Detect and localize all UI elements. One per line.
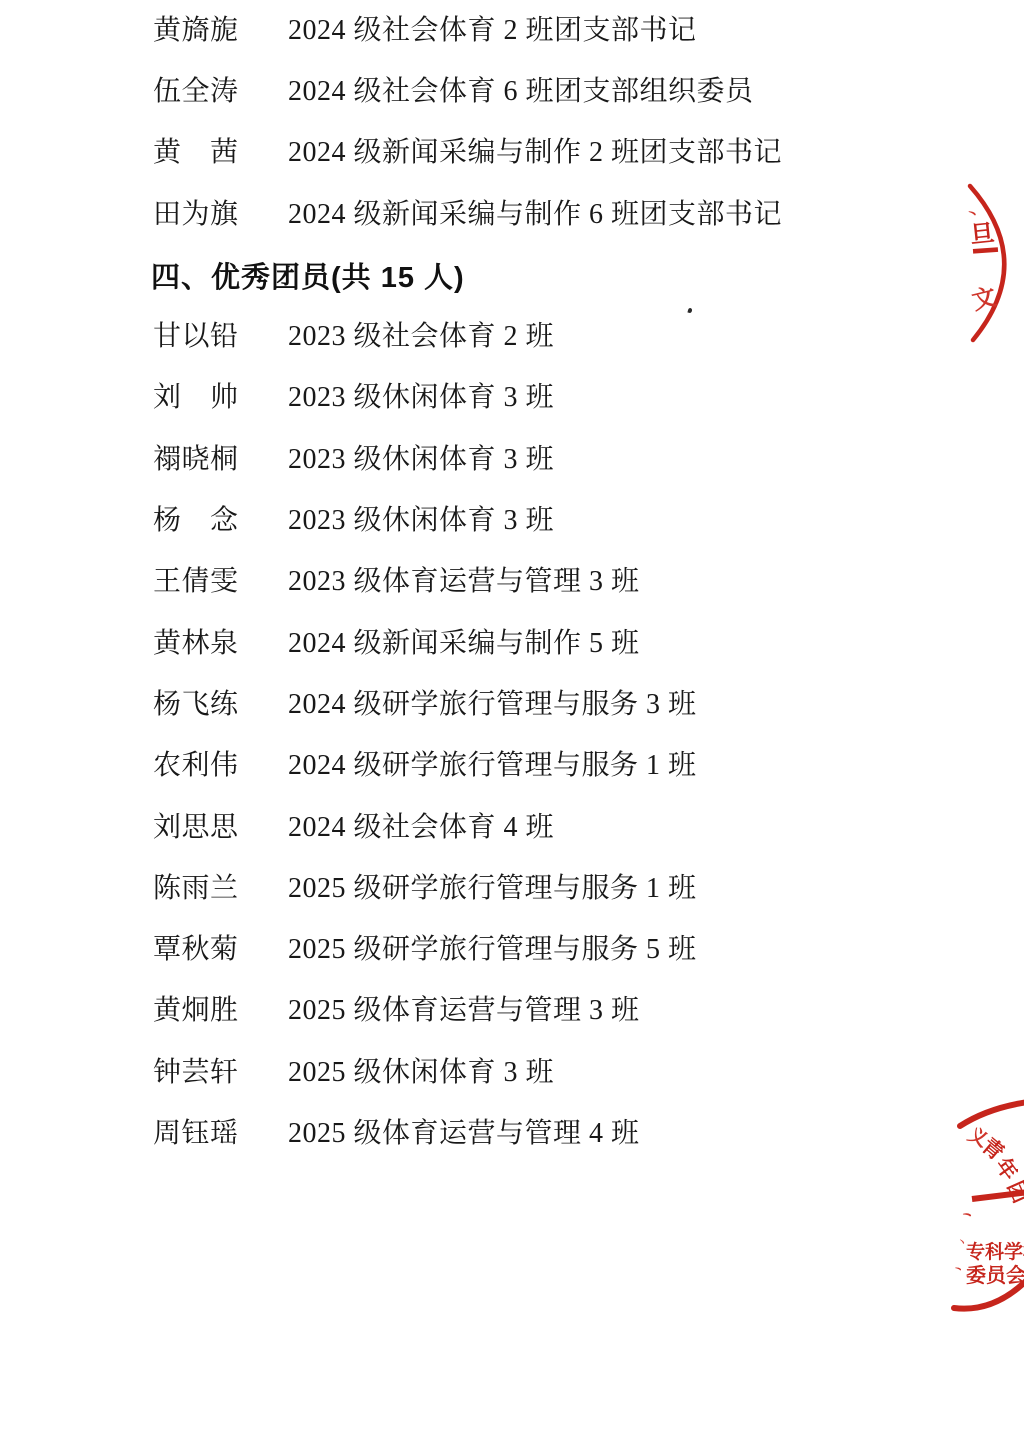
- seal-line-2: 委员会: [966, 1263, 1024, 1287]
- member-name: 钟芸轩: [153, 1059, 239, 1087]
- member-name: 禤晓桐: [153, 446, 239, 474]
- member-name: 刘思思: [153, 814, 239, 842]
- member-class: 2025 级体育运营与管理 3 班: [288, 997, 640, 1025]
- member-row: 王倩雯 2023 级体育运营与管理 3 班: [0, 552, 1024, 613]
- member-class: 2023 级休闲体育 3 班: [288, 384, 554, 412]
- member-class: 2024 级研学旅行管理与服务 1 班: [288, 752, 697, 780]
- member-row: 农利伟 2024 级研学旅行管理与服务 1 班: [0, 736, 1024, 797]
- member-name: 甘以铅: [153, 323, 239, 351]
- member-class: 2025 级体育运营与管理 4 班: [288, 1120, 640, 1148]
- officer-name: 黄旖旎: [153, 17, 239, 45]
- officer-row: 黄旖旎 2024 级社会体育 2 班团支部书记: [0, 0, 1024, 61]
- officer-row: 黄 茜 2024 级新闻采编与制作 2 班团支部书记: [0, 123, 1024, 184]
- member-name: 农利伟: [153, 752, 239, 780]
- member-class: 2024 级新闻采编与制作 5 班: [288, 630, 640, 658]
- member-row: 覃秋菊 2025 级研学旅行管理与服务 5 班: [0, 919, 1024, 980]
- member-name: 刘 帅: [153, 384, 239, 412]
- member-class: 2023 级社会体育 2 班: [288, 323, 554, 351]
- member-row: 刘 帅 2023 级休闲体育 3 班: [0, 368, 1024, 429]
- officer-assignment: 2024 级新闻采编与制作 6 班团支部书记: [288, 201, 782, 229]
- member-row: 黄林泉 2024 级新闻采编与制作 5 班: [0, 613, 1024, 674]
- member-row: 刘思思 2024 级社会体育 4 班: [0, 797, 1024, 858]
- seal-bar: [972, 1189, 1024, 1202]
- officer-row: 田为旗 2024 级新闻采编与制作 6 班团支部书记: [0, 184, 1024, 245]
- member-row: 杨 念 2023 级休闲体育 3 班: [0, 490, 1024, 551]
- member-row: 甘以铅 2023 级社会体育 2 班: [0, 306, 1024, 367]
- officer-assignment: 2024 级社会体育 6 班团支部组织委员: [288, 78, 754, 106]
- member-list: 甘以铅 2023 级社会体育 2 班 刘 帅 2023 级休闲体育 3 班 禤晓…: [0, 306, 1024, 1164]
- member-name: 王倩雯: [153, 568, 239, 596]
- member-name: 覃秋菊: [153, 936, 239, 964]
- section-4-header: 四、优秀团员(共 15 人): [0, 245, 1024, 306]
- member-row: 周钰瑶 2025 级体育运营与管理 4 班: [0, 1103, 1024, 1164]
- seal-arc-char-4: 团: [1003, 1177, 1024, 1206]
- document-page: 黄旖旎 2024 级社会体育 2 班团支部书记 伍全涛 2024 级社会体育 6…: [0, 0, 1024, 1448]
- member-name: 黄炯胜: [153, 997, 239, 1025]
- officer-assignment: 2024 级社会体育 2 班团支部书记: [288, 17, 697, 45]
- member-name: 杨飞练: [153, 691, 239, 719]
- seal-mark-3: 丶: [951, 1263, 966, 1279]
- member-class: 2023 级休闲体育 3 班: [288, 507, 554, 535]
- member-class: 2025 级研学旅行管理与服务 1 班: [288, 875, 697, 903]
- member-class: 2025 级研学旅行管理与服务 5 班: [288, 936, 697, 964]
- seal-rim-arc-bottom: [954, 1279, 1024, 1309]
- member-name: 陈雨兰: [153, 875, 239, 903]
- member-class: 2023 级休闲体育 3 班: [288, 446, 554, 474]
- member-row: 禤晓桐 2023 级休闲体育 3 班: [0, 429, 1024, 490]
- member-row: 钟芸轩 2025 级休闲体育 3 班: [0, 1042, 1024, 1103]
- officer-name: 伍全涛: [153, 78, 239, 106]
- member-name: 周钰瑶: [153, 1120, 239, 1148]
- seal-line-1: 专科学校: [966, 1240, 1024, 1263]
- member-row: 杨飞练 2024 级研学旅行管理与服务 3 班: [0, 674, 1024, 735]
- member-name: 黄林泉: [153, 630, 239, 658]
- member-row: 陈雨兰 2025 级研学旅行管理与服务 1 班: [0, 858, 1024, 919]
- officer-name: 黄 茜: [153, 139, 239, 167]
- seal-mark-1: 丶: [958, 1206, 979, 1228]
- officer-list: 黄旖旎 2024 级社会体育 2 班团支部书记 伍全涛 2024 级社会体育 6…: [0, 0, 1024, 245]
- member-class: 2024 级社会体育 4 班: [288, 814, 554, 842]
- seal-mark-2: 丶: [957, 1238, 967, 1249]
- officer-row: 伍全涛 2024 级社会体育 6 班团支部组织委员: [0, 61, 1024, 122]
- member-class: 2023 级体育运营与管理 3 班: [288, 568, 640, 596]
- member-class: 2025 级休闲体育 3 班: [288, 1059, 554, 1087]
- member-class: 2024 级研学旅行管理与服务 3 班: [288, 691, 697, 719]
- officer-assignment: 2024 级新闻采编与制作 2 班团支部书记: [288, 139, 782, 167]
- member-row: 黄炯胜 2025 级体育运营与管理 3 班: [0, 981, 1024, 1042]
- member-name: 杨 念: [153, 507, 239, 535]
- officer-name: 田为旗: [153, 201, 239, 229]
